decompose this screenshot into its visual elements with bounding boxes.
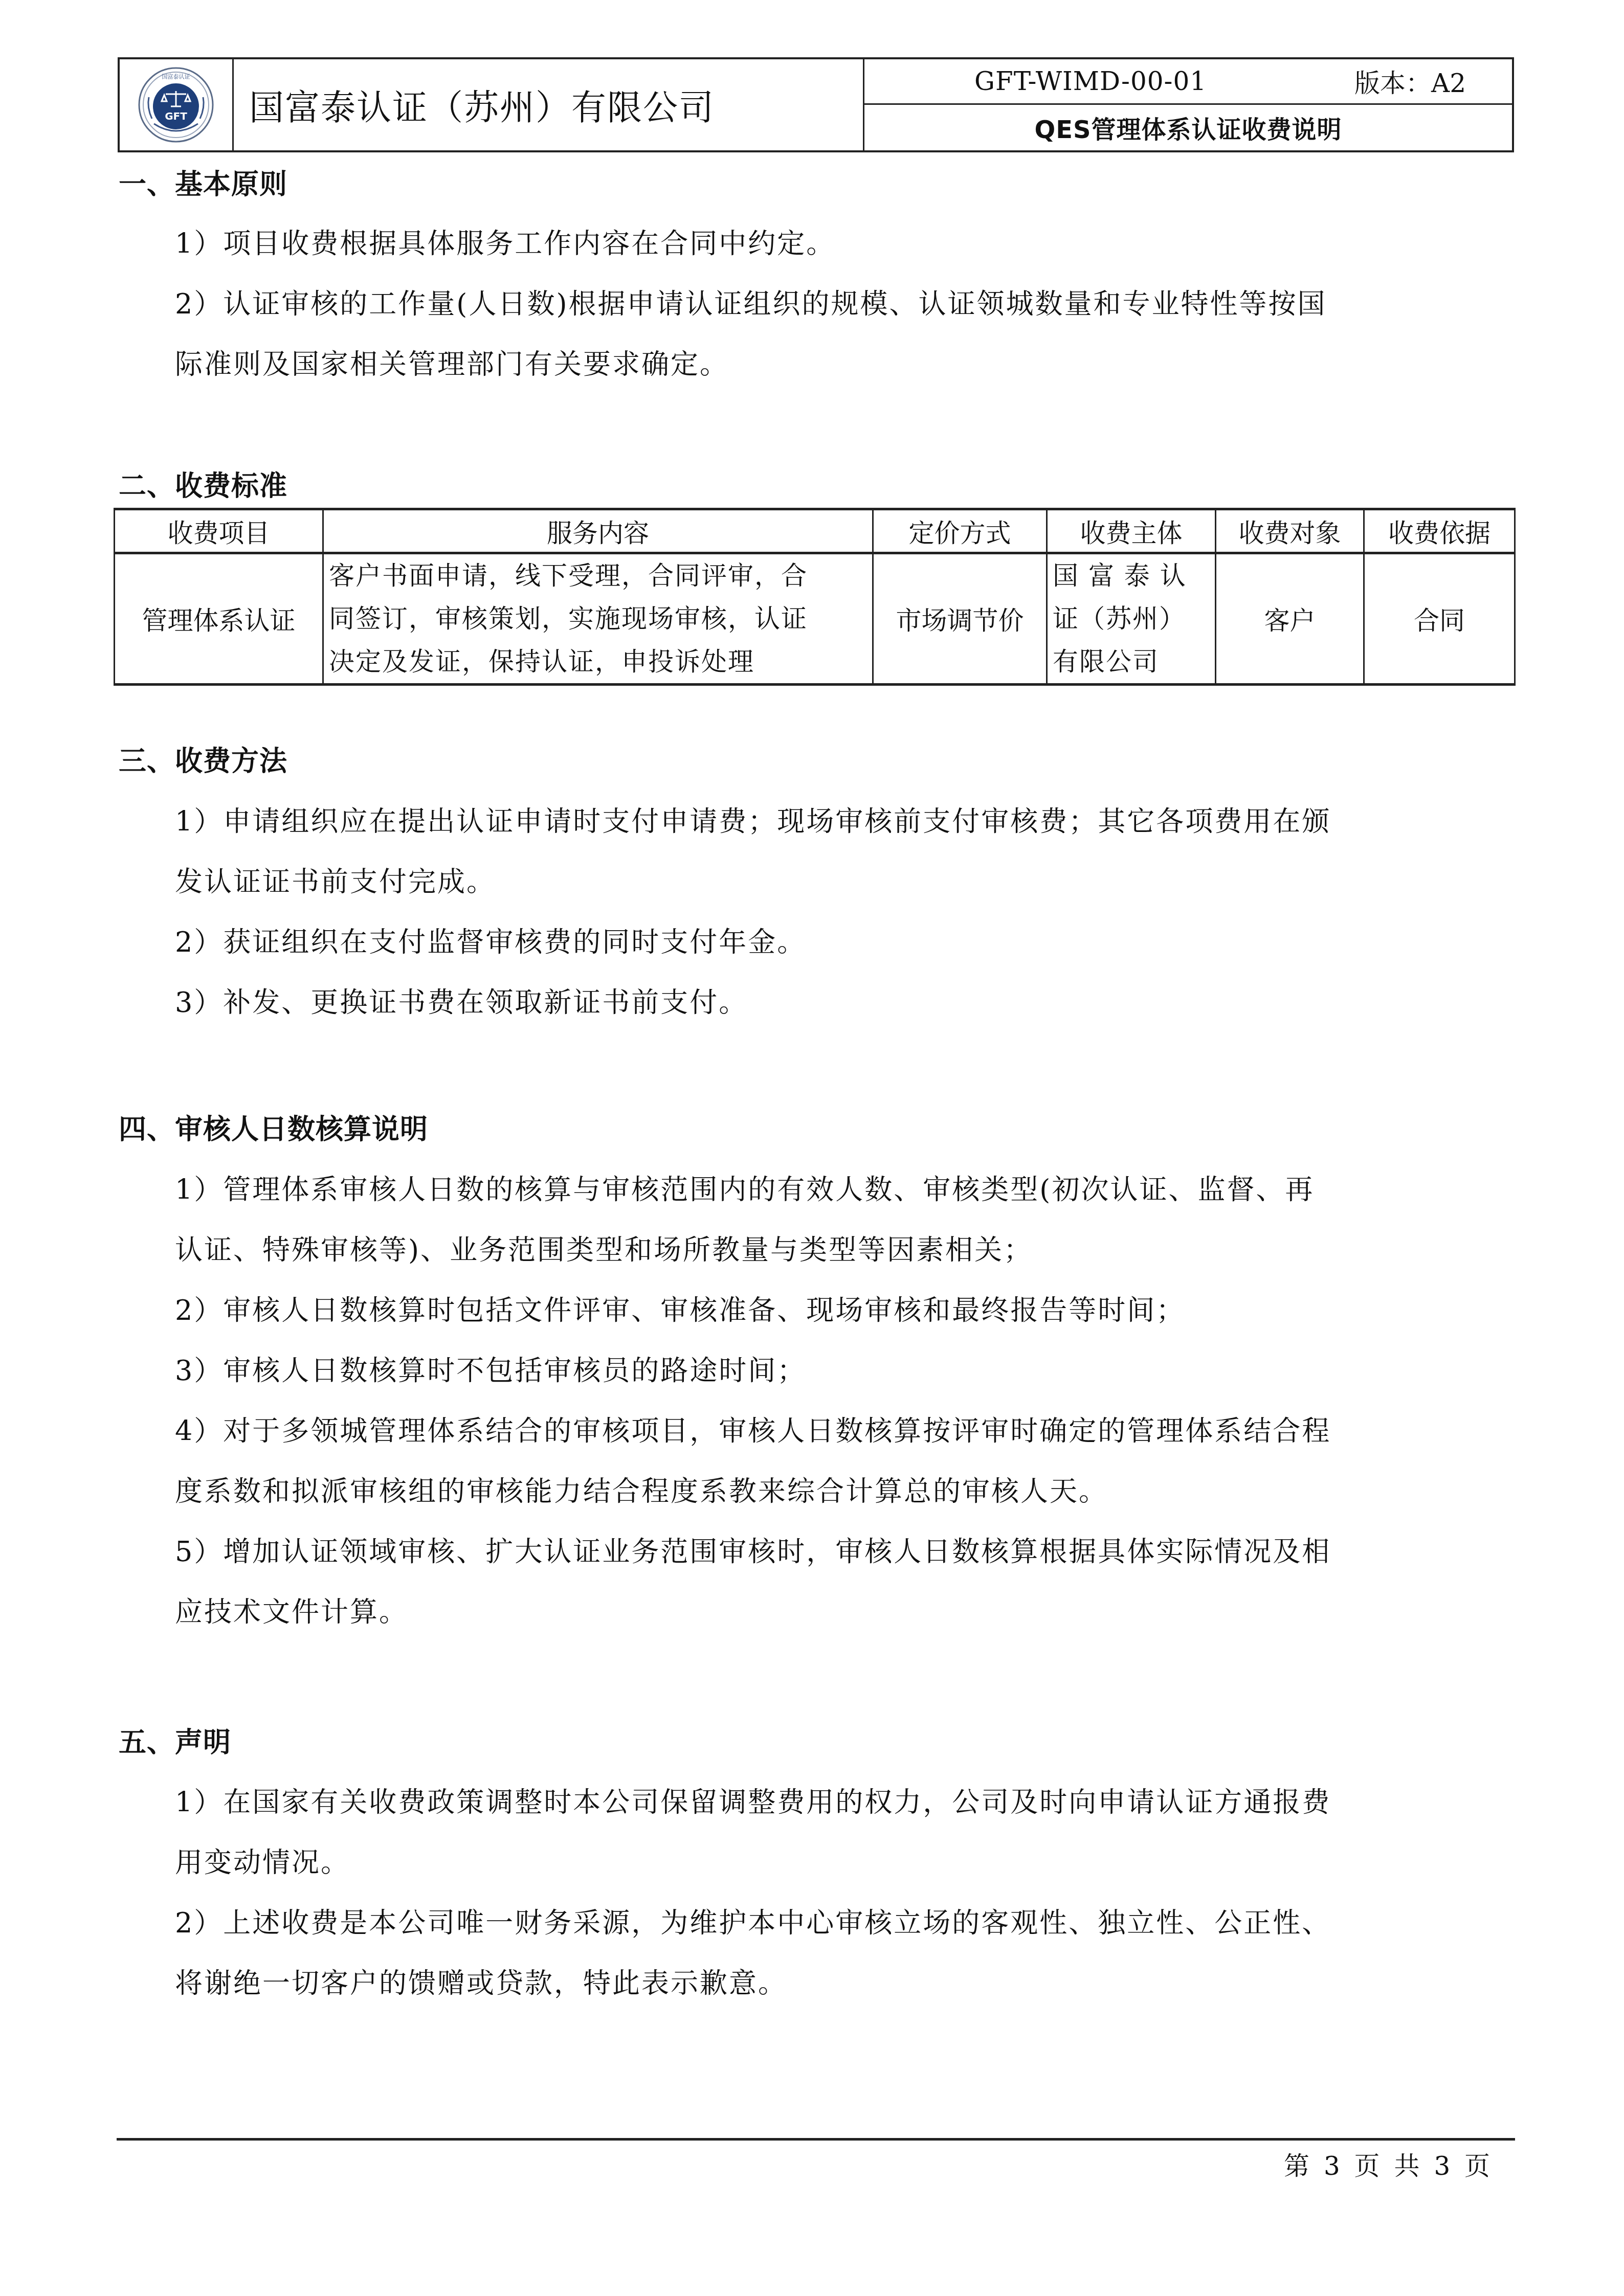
paragraph-line: 1）在国家有关收费政策调整时本公司保留调整费用的权力，公司及时向申请认证方通报费 (175, 1786, 1331, 1818)
column-header: 收费项目 (115, 509, 323, 553)
column-header: 收费依据 (1364, 509, 1515, 553)
paragraph: 1）申请组织应在提出认证申请时支付申请费；现场审核前支付审核费；其它各项费用在颁 (175, 792, 1515, 852)
paragraph: 3）审核人日数核算时不包括审核员的路途时间； (175, 1341, 1515, 1401)
doc-number: GFT-WIMD-00-01 (974, 66, 1207, 96)
paragraph: 2）获证组织在支付监督审核费的同时支付年金。 (175, 912, 1515, 973)
fee-standard-table: 收费项目 服务内容 定价方式 收费主体 收费对象 收费依据 管理体系认证 客户书… (114, 508, 1516, 686)
cell-pricing: 市场调节价 (873, 553, 1047, 685)
paragraph-continuation: 应技术文件计算。 (175, 1582, 1515, 1642)
cell-item: 管理体系认证 (115, 553, 323, 685)
table-row: 管理体系认证 客户书面申请，线下受理，合同评审，合 同签订，审核策划，实施现场审… (115, 553, 1515, 685)
cell-entity: 国 富 泰 认 证（苏州） 有限公司 (1047, 553, 1216, 685)
paragraph-line: 3）审核人日数核算时不包括审核员的路途时间； (175, 1355, 806, 1387)
paragraph-continuation: 际准则及国家相关管理部门有关要求确定。 (175, 334, 1515, 395)
document-header: GFT 国富泰认证 国富泰认证（苏州）有限公司 GFT-WIMD-00-01 版… (118, 57, 1514, 152)
column-header: 收费主体 (1047, 509, 1216, 553)
paragraph-line: 1）管理体系审核人日数的核算与审核范围内的有效人数、审核类型(初次认证、监督、再 (175, 1174, 1314, 1206)
paragraph: 4）对于多领城管理体系结合的审核项目，审核人日数核算按评审时确定的管理体系结合程 (175, 1401, 1515, 1461)
paragraph-line: 际准则及国家相关管理部门有关要求确定。 (175, 348, 729, 380)
paragraph-continuation: 发认证证书前支付完成。 (175, 852, 1515, 912)
paragraph-continuation: 用变动情况。 (175, 1833, 1515, 1893)
paragraph-line: 2）获证组织在支付监督审核费的同时支付年金。 (175, 926, 806, 958)
section-heading-basic-principles: 一、基本原则 (119, 163, 287, 202)
paragraph-line: 用变动情况。 (175, 1847, 350, 1879)
cell-line: 客户书面申请，线下受理，合同评审，合 (329, 554, 867, 597)
page-number: 第 3 页 共 3 页 (1284, 2146, 1493, 2182)
cell-service: 客户书面申请，线下受理，合同评审，合 同签订，审核策划，实施现场审核，认证 决定… (323, 553, 873, 685)
svg-text:国富泰认证: 国富泰认证 (162, 73, 190, 80)
paragraph: 1）在国家有关收费政策调整时本公司保留调整费用的权力，公司及时向申请认证方通报费 (175, 1772, 1515, 1833)
cell-basis: 合同 (1364, 553, 1515, 685)
paragraph-line: 5）增加认证领域审核、扩大认证业务范围审核时，审核人日数核算根据具体实际情况及相 (175, 1536, 1331, 1568)
column-header: 服务内容 (323, 509, 873, 553)
footer-divider (117, 2138, 1515, 2141)
paragraph: 3）补发、更换证书费在领取新证书前支付。 (175, 973, 1515, 1033)
paragraph: 1）项目收费根据具体服务工作内容在合同中约定。 (175, 214, 1515, 274)
paragraph-line: 4）对于多领城管理体系结合的审核项目，审核人日数核算按评审时确定的管理体系结合程 (175, 1415, 1331, 1447)
paragraph: 2）审核人日数核算时包括文件评审、审核准备、现场审核和最终报告等时间； (175, 1280, 1515, 1341)
cell-line: 决定及发证，保持认证，申投诉处理 (329, 640, 867, 683)
paragraph-line: 1）申请组织应在提出认证申请时支付申请费；现场审核前支付审核费；其它各项费用在颁 (175, 805, 1331, 838)
paragraph-line: 应技术文件计算。 (175, 1596, 408, 1628)
cell-line: 有限公司 (1053, 640, 1210, 683)
svg-text:GFT: GFT (165, 110, 187, 122)
column-header: 收费对象 (1216, 509, 1364, 553)
logo-cell: GFT 国富泰认证 (120, 59, 234, 150)
paragraph-line: 3）补发、更换证书费在领取新证书前支付。 (175, 986, 748, 1019)
cell-line: 证（苏州） (1053, 597, 1210, 640)
company-name: 国富泰认证（苏州）有限公司 (234, 59, 864, 150)
paragraph-continuation: 将谢绝一切客户的馈赠或贷款，特此表示歉意。 (175, 1953, 1515, 2014)
paragraph-line: 将谢绝一切客户的馈赠或贷款，特此表示歉意。 (175, 1967, 787, 1999)
paragraph-continuation: 认证、特殊审核等)、业务范围类型和场所教量与类型等因素相关； (175, 1220, 1515, 1280)
paragraph: 5）增加认证领域审核、扩大认证业务范围审核时，审核人日数核算根据具体实际情况及相 (175, 1522, 1515, 1582)
cell-target: 客户 (1216, 553, 1364, 685)
paragraph: 2）上述收费是本公司唯一财务采源，为维护本中心审核立场的客观性、独立性、公正性、 (175, 1893, 1515, 1953)
paragraph-line: 2）认证审核的工作量(人日数)根据申请认证组织的规模、认证领城数量和专业特性等按… (175, 288, 1327, 320)
section-heading-audit-days: 四、审核人日数核算说明 (119, 1108, 428, 1147)
section-heading-declaration: 五、声明 (119, 1721, 231, 1760)
paragraph-line: 认证、特殊审核等)、业务范围类型和场所教量与类型等因素相关； (175, 1234, 1033, 1266)
doc-info-top: GFT-WIMD-00-01 版本：A2 (864, 59, 1512, 105)
doc-version: 版本：A2 (1354, 63, 1466, 100)
doc-info: GFT-WIMD-00-01 版本：A2 QES管理体系认证收费说明 (864, 59, 1512, 150)
paragraph-line: 2）审核人日数核算时包括文件评审、审核准备、现场审核和最终报告等时间； (175, 1294, 1185, 1326)
paragraph-line: 发认证证书前支付完成。 (175, 866, 496, 898)
doc-title: QES管理体系认证收费说明 (864, 105, 1512, 150)
section-heading-fee-method: 三、收费方法 (119, 739, 287, 779)
column-header: 定价方式 (873, 509, 1047, 553)
table-header-row: 收费项目 服务内容 定价方式 收费主体 收费对象 收费依据 (115, 509, 1515, 553)
cell-line: 国 富 泰 认 (1053, 554, 1210, 597)
cell-line: 同签订，审核策划，实施现场审核，认证 (329, 597, 867, 640)
paragraph-continuation: 度系数和拟派审核组的审核能力结合程度系教来综合计算总的审核人天。 (175, 1461, 1515, 1522)
paragraph-line: 1）项目收费根据具体服务工作内容在合同中约定。 (175, 228, 835, 260)
paragraph: 2）认证审核的工作量(人日数)根据申请认证组织的规模、认证领城数量和专业特性等按… (175, 274, 1515, 334)
gft-logo-icon: GFT 国富泰认证 (138, 66, 214, 143)
paragraph-line: 2）上述收费是本公司唯一财务采源，为维护本中心审核立场的客观性、独立性、公正性、 (175, 1907, 1331, 1939)
paragraph: 1）管理体系审核人日数的核算与审核范围内的有效人数、审核类型(初次认证、监督、再 (175, 1160, 1515, 1220)
paragraph-line: 度系数和拟派审核组的审核能力结合程度系教来综合计算总的审核人天。 (175, 1475, 1108, 1507)
section-heading-fee-standard: 二、收费标准 (119, 464, 287, 504)
